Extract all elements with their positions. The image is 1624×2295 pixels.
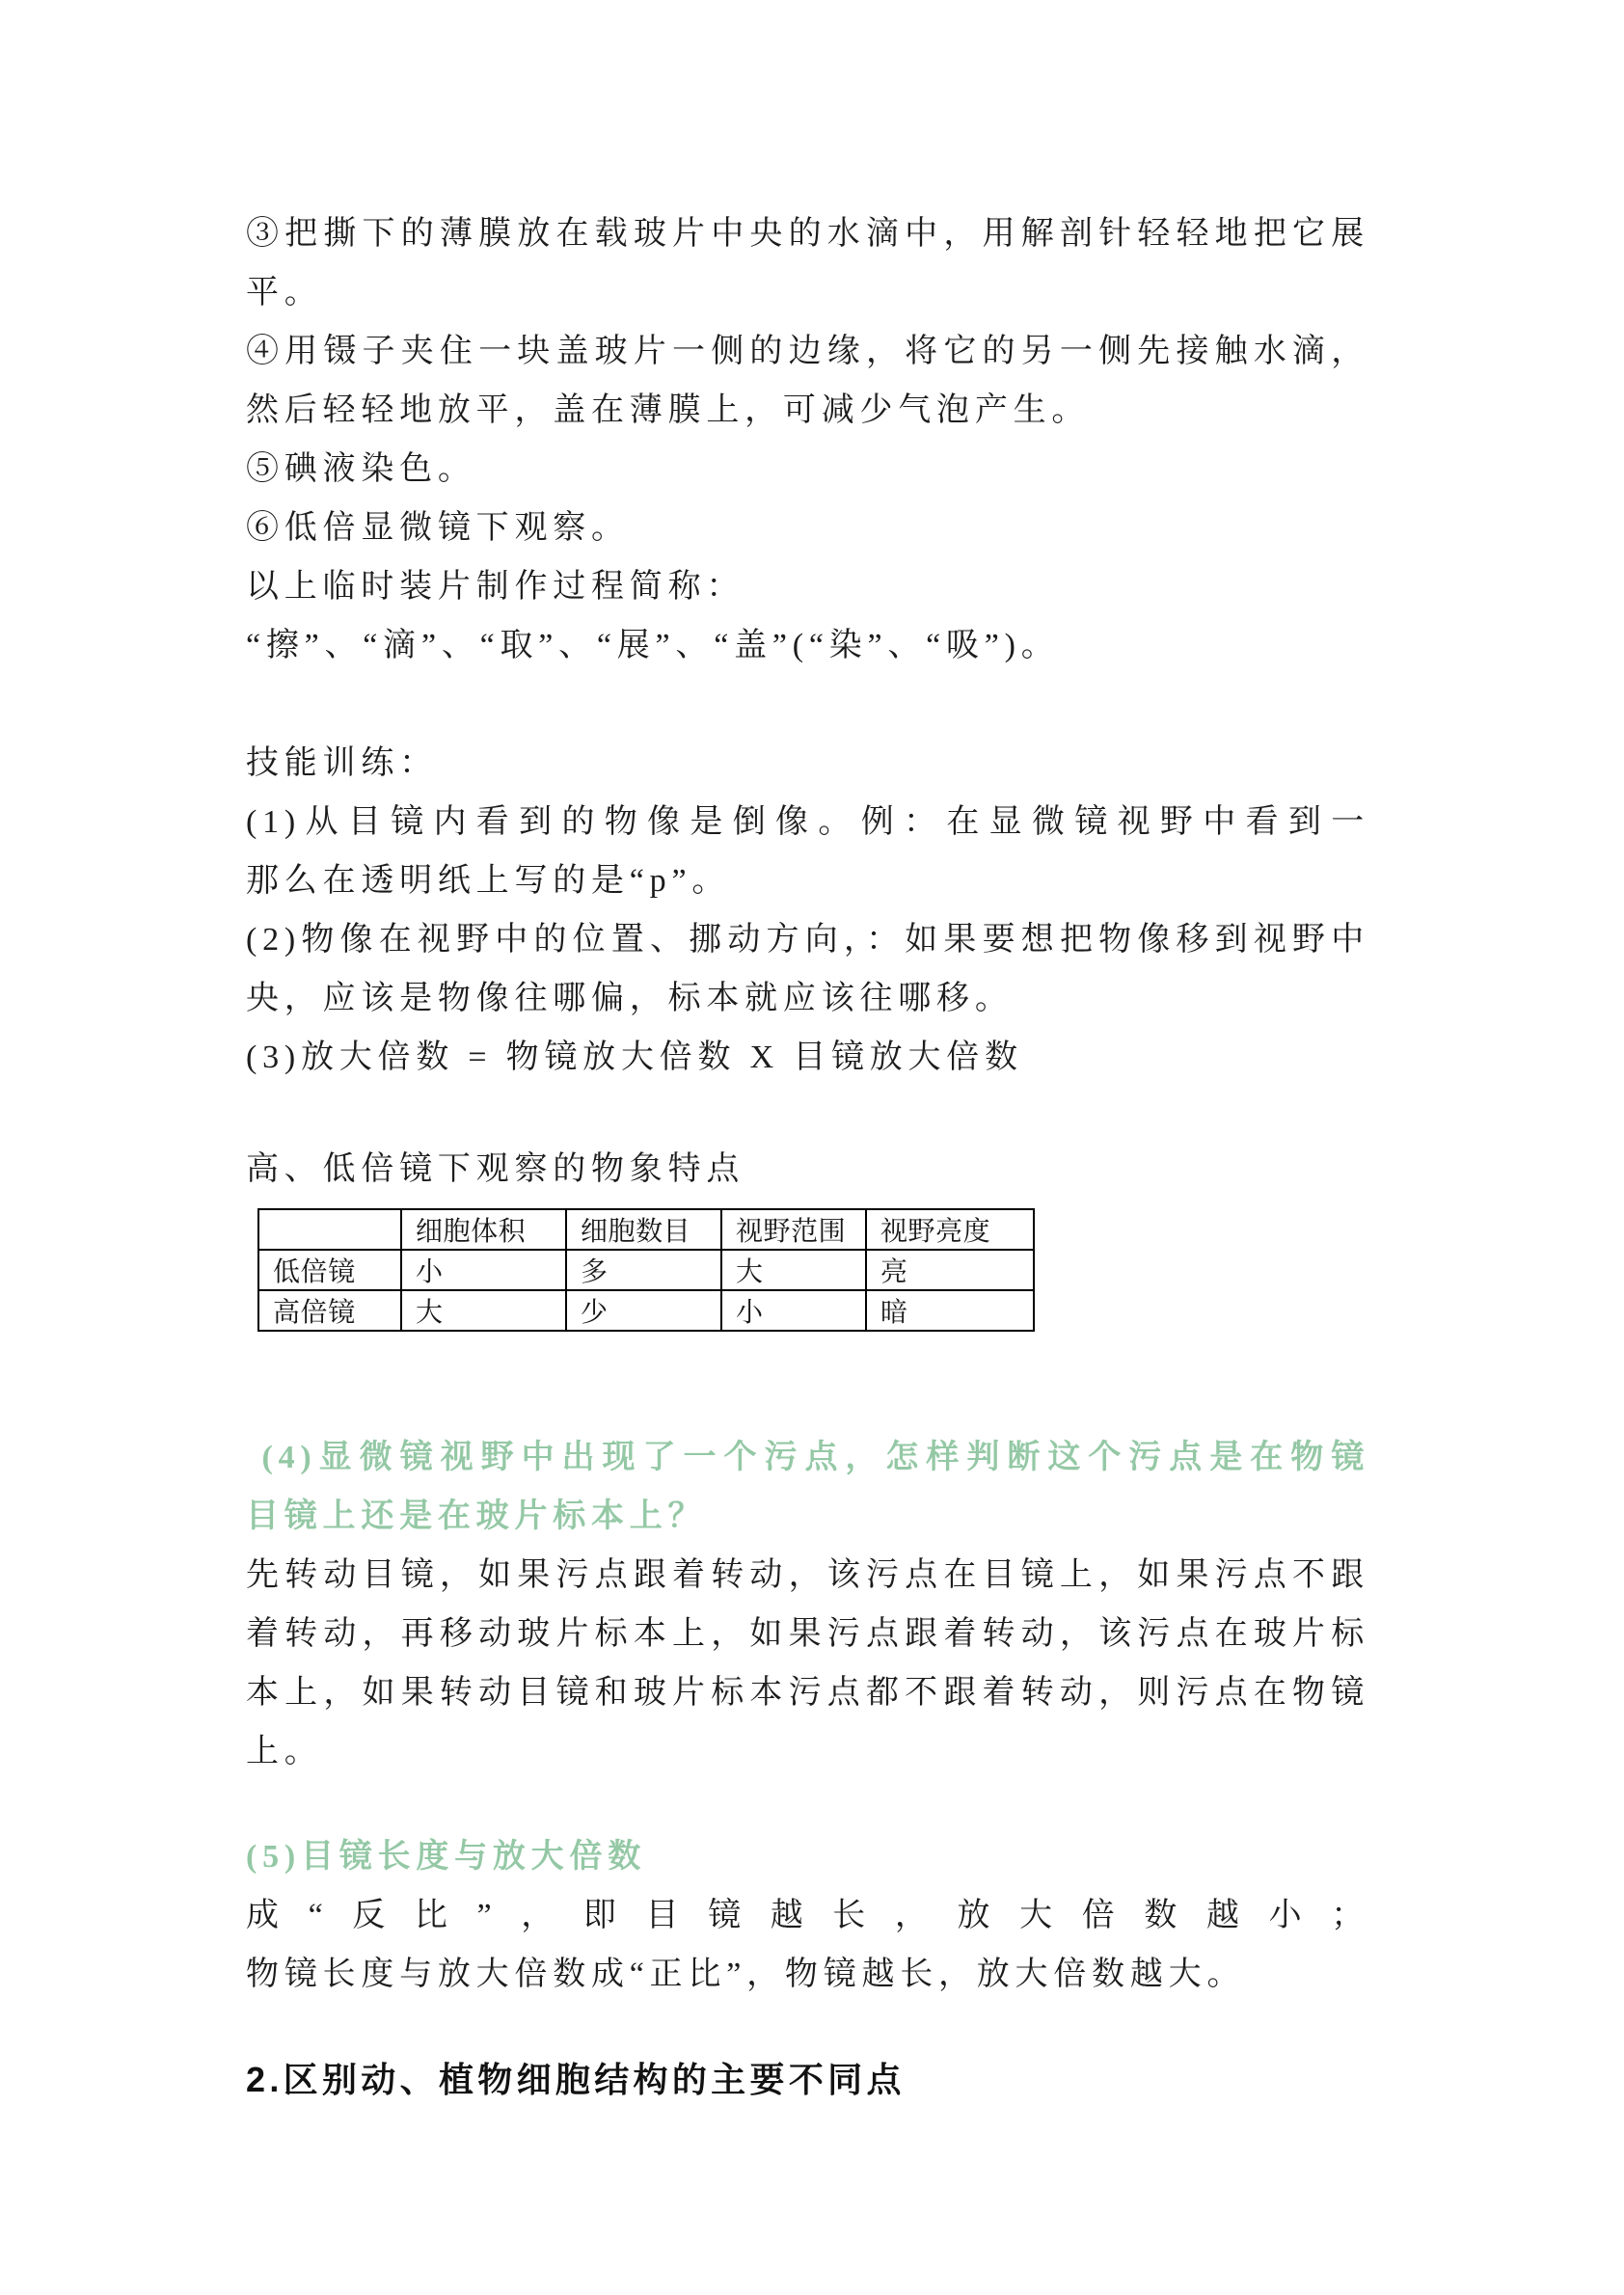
table-cell: 多 bbox=[566, 1250, 721, 1290]
table-cell: 大 bbox=[401, 1290, 566, 1331]
text-line: 目镜上还是在玻片标本上？ bbox=[246, 1487, 1369, 1546]
paragraph: ④用镊子夹住一块盖玻片一侧的边缘，将它的另一侧先接触水滴，然后轻轻地放平，盖在薄… bbox=[246, 322, 1369, 440]
text-line: 上。 bbox=[246, 1722, 1369, 1781]
text-line: 成“反比”，即目镜越长，放大倍数越小； bbox=[246, 1886, 1369, 1945]
text-line: ④用镊子夹住一块盖玻片一侧的边缘，将它的另一侧先接触水滴， bbox=[246, 322, 1369, 381]
text-line: 以上临时装片制作过程简称： bbox=[246, 557, 1369, 616]
table-row: 低倍镜小多大亮 bbox=[258, 1250, 1034, 1290]
paragraph: 技能训练： bbox=[246, 734, 1369, 793]
table-header-cell: 细胞数目 bbox=[566, 1209, 721, 1250]
text-line: 高、低倍镜下观察的物象特点 bbox=[246, 1140, 1369, 1199]
table-cell: 少 bbox=[566, 1290, 721, 1331]
paragraph: ③把撕下的薄膜放在载玻片中央的水滴中，用解剖针轻轻地把它展平。 bbox=[246, 204, 1369, 322]
paragraph: ⑤碘液染色。 bbox=[246, 440, 1369, 499]
paragraph: (2)物像在视野中的位置、挪动方向，：如果要想把物像移到视野中央，应该是物像往哪… bbox=[246, 910, 1369, 1028]
table-cell: 小 bbox=[721, 1290, 866, 1331]
paragraph: 高、低倍镜下观察的物象特点 bbox=[246, 1140, 1369, 1199]
table-row: 高倍镜大少小暗 bbox=[258, 1290, 1034, 1331]
table-cell: 暗 bbox=[866, 1290, 1034, 1331]
table-header-cell: 视野范围 bbox=[721, 1209, 866, 1250]
text-line: (3)放大倍数 = 物镜放大倍数 X 目镜放大倍数 bbox=[246, 1028, 1369, 1087]
blank-line bbox=[246, 1332, 1369, 1428]
comparison-table: 细胞体积细胞数目视野范围视野亮度低倍镜小多大亮高倍镜大少小暗 bbox=[257, 1208, 1035, 1332]
table-header-row: 细胞体积细胞数目视野范围视野亮度 bbox=[258, 1209, 1034, 1250]
text-line: (4)显微镜视野中出现了一个污点，怎样判断这个污点是在物镜上、 bbox=[246, 1428, 1369, 1487]
paragraph: ⑥低倍显微镜下观察。 bbox=[246, 499, 1369, 557]
paragraph: 成“反比”，即目镜越长，放大倍数越小；物镜长度与放大倍数成“正比”，物镜越长，放… bbox=[246, 1886, 1369, 2004]
paragraph: “擦”、“滴”、“取”、“展”、“盖”(“染”、“吸”)。 bbox=[246, 616, 1369, 675]
blank-line bbox=[246, 675, 1369, 734]
text-line: 物镜长度与放大倍数成“正比”，物镜越长，放大倍数越大。 bbox=[246, 1945, 1369, 2004]
section-heading-bold: 2.区别动、植物细胞结构的主要不同点 bbox=[246, 2050, 1369, 2109]
text-line: (5)目镜长度与放大倍数 bbox=[246, 1827, 1369, 1886]
text-line: ③把撕下的薄膜放在载玻片中央的水滴中，用解剖针轻轻地把它展 bbox=[246, 204, 1369, 263]
section-heading-green: (5)目镜长度与放大倍数 bbox=[246, 1827, 1369, 1886]
table-cell: 低倍镜 bbox=[258, 1250, 401, 1290]
text-line: 先转动目镜，如果污点跟着转动，该污点在目镜上，如果污点不跟 bbox=[246, 1546, 1369, 1605]
table-header-cell bbox=[258, 1209, 401, 1250]
table-cell: 亮 bbox=[866, 1250, 1034, 1290]
text-line: 那么在透明纸上写的是“p”。 bbox=[246, 851, 1369, 910]
text-line: ⑤碘液染色。 bbox=[246, 440, 1369, 499]
text-line: “擦”、“滴”、“取”、“展”、“盖”(“染”、“吸”)。 bbox=[246, 616, 1369, 675]
blank-line bbox=[246, 1199, 1369, 1208]
text-line: ⑥低倍显微镜下观察。 bbox=[246, 499, 1369, 557]
paragraph: (3)放大倍数 = 物镜放大倍数 X 目镜放大倍数 bbox=[246, 1028, 1369, 1087]
text-line: 着转动，再移动玻片标本上，如果污点跟着转动，该污点在玻片标 bbox=[246, 1605, 1369, 1663]
section-heading-green: (4)显微镜视野中出现了一个污点，怎样判断这个污点是在物镜上、目镜上还是在玻片标… bbox=[246, 1428, 1369, 1546]
paragraph: 以上临时装片制作过程简称： bbox=[246, 557, 1369, 616]
blank-line bbox=[246, 2004, 1369, 2050]
document-content: ③把撕下的薄膜放在载玻片中央的水滴中，用解剖针轻轻地把它展平。④用镊子夹住一块盖… bbox=[246, 204, 1369, 2109]
text-line: 2.区别动、植物细胞结构的主要不同点 bbox=[246, 2050, 1369, 2109]
table-header-cell: 细胞体积 bbox=[401, 1209, 566, 1250]
text-line: 然后轻轻地放平，盖在薄膜上，可减少气泡产生。 bbox=[246, 381, 1369, 440]
blank-line bbox=[246, 1781, 1369, 1827]
text-line: 本上，如果转动目镜和玻片标本污点都不跟着转动，则污点在物镜 bbox=[246, 1663, 1369, 1722]
text-line: 央，应该是物像往哪偏，标本就应该往哪移。 bbox=[246, 969, 1369, 1028]
text-line: 技能训练： bbox=[246, 734, 1369, 793]
paragraph: 先转动目镜，如果污点跟着转动，该污点在目镜上，如果污点不跟着转动，再移动玻片标本… bbox=[246, 1546, 1369, 1781]
blank-line bbox=[246, 1087, 1369, 1140]
document-page: ③把撕下的薄膜放在载玻片中央的水滴中，用解剖针轻轻地把它展平。④用镊子夹住一块盖… bbox=[0, 0, 1624, 2295]
table-header-cell: 视野亮度 bbox=[866, 1209, 1034, 1250]
paragraph: (1)从目镜内看到的物像是倒像。例：在显微镜视野中看到一个“d”，那么在透明纸上… bbox=[246, 793, 1369, 910]
table-cell: 小 bbox=[401, 1250, 566, 1290]
text-line: 平。 bbox=[246, 263, 1369, 322]
text-line: (2)物像在视野中的位置、挪动方向，：如果要想把物像移到视野中 bbox=[246, 910, 1369, 969]
table-cell: 高倍镜 bbox=[258, 1290, 401, 1331]
table-cell: 大 bbox=[721, 1250, 866, 1290]
text-line: (1)从目镜内看到的物像是倒像。例：在显微镜视野中看到一个“d”， bbox=[246, 793, 1369, 851]
